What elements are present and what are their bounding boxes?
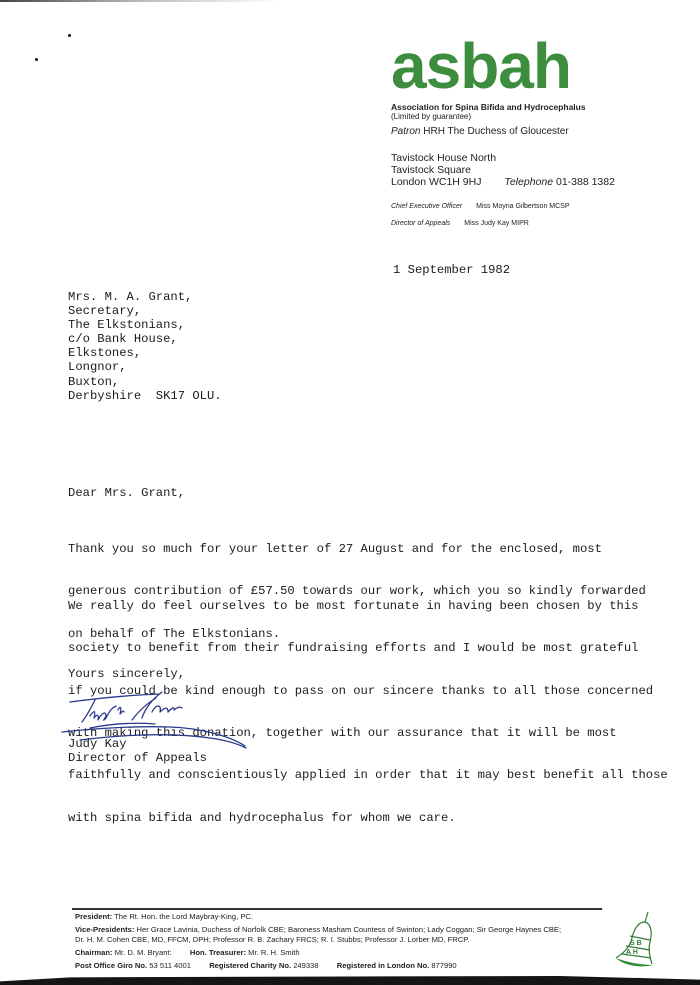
charity-label: Registered Charity No.	[209, 961, 291, 970]
paragraph-line: We really do feel ourselves to be most f…	[68, 599, 668, 613]
president-name: The Rt. Hon. the Lord Maybray-King, PC.	[114, 912, 253, 921]
chairman-label: Chairman:	[75, 948, 113, 957]
address-line: Tavistock House North	[391, 152, 691, 164]
vice-presidents-label: Vice-Presidents:	[75, 925, 134, 934]
recipient-address: Mrs. M. A. Grant, Secretary, The Elkston…	[68, 290, 222, 403]
signer-name: Judy Kay	[68, 737, 207, 751]
paper-speck	[68, 34, 71, 37]
vice-presidents-line: Dr. H. M. Cohen CBE, MD, FFCM, DPH; Prof…	[75, 935, 469, 944]
asbah-logo: asbah	[391, 38, 691, 98]
patron-line: Patron HRH The Duchess of Gloucester	[391, 126, 691, 138]
footer-president: President: The Rt. Hon. the Lord Maybray…	[75, 912, 635, 922]
telephone-label: Telephone	[504, 176, 553, 188]
address-line: Tavistock Square	[391, 164, 691, 176]
footer-registration: Post Office Giro No. 53 511 4001 Registe…	[75, 961, 635, 971]
footer-divider	[72, 908, 602, 910]
paragraph-line: society to benefit from their fundraisin…	[68, 641, 668, 655]
asbah-bell-logo-icon: S B A H	[612, 908, 662, 968]
recipient-line: c/o Bank House,	[68, 332, 222, 346]
recipient-line: Secretary,	[68, 304, 222, 318]
org-subtitle: (Limited by guarantee)	[391, 112, 691, 122]
treasurer-name: Mr. R. H. Smith	[248, 948, 299, 957]
paper-speck	[35, 58, 38, 61]
salutation: Dear Mrs. Grant,	[68, 486, 185, 500]
telephone: Telephone 01-388 1382	[504, 176, 615, 188]
chairman-name: Mr. D. M. Bryant:	[115, 948, 172, 957]
closing: Yours sincerely,	[68, 667, 185, 681]
letterhead: asbah Association for Spina Bifida and H…	[391, 38, 691, 236]
officer-row: Director of Appeals Miss Judy Kay MIPR	[391, 219, 691, 228]
officer-row: Chief Executive Officer Miss Moyna Gilbe…	[391, 202, 691, 211]
footer-vice-presidents-cont: Dr. H. M. Cohen CBE, MD, FFCM, DPH; Prof…	[75, 935, 635, 945]
recipient-line: Buxton,	[68, 375, 222, 389]
officer-role: Director of Appeals	[391, 220, 450, 227]
officers-list: Chief Executive Officer Miss Moyna Gilbe…	[391, 202, 691, 228]
vice-presidents-line: Her Grace Lavinia, Duchess of Norfolk CB…	[137, 925, 562, 934]
officer-name: Miss Judy Kay MIPR	[464, 220, 529, 227]
recipient-line: Derbyshire SK17 OLU.	[68, 389, 222, 403]
telephone-number: 01-388 1382	[556, 176, 615, 188]
footer-chairman-treasurer: Chairman: Mr. D. M. Bryant: Hon. Treasur…	[75, 948, 635, 958]
address-line-with-phone: London WC1H 9HJ Telephone 01-388 1382	[391, 176, 691, 188]
recipient-line: Longnor,	[68, 360, 222, 374]
recipient-line: The Elkstonians,	[68, 318, 222, 332]
patron-label: Patron	[391, 126, 420, 137]
charity-number: 249338	[293, 961, 318, 970]
paragraph-line: with spina bifida and hydrocephalus for …	[68, 811, 668, 825]
giro-number: 53 511 4001	[149, 961, 191, 970]
recipient-line: Elkstones,	[68, 346, 222, 360]
org-address: Tavistock House North Tavistock Square L…	[391, 152, 691, 188]
svg-text:A H: A H	[626, 949, 638, 956]
address-line: London WC1H 9HJ	[391, 176, 481, 188]
signer-block: Judy Kay Director of Appeals	[68, 737, 207, 765]
svg-text:S B: S B	[630, 940, 642, 947]
president-label: President:	[75, 912, 112, 921]
officer-name: Miss Moyna Gilbertson MCSP	[476, 203, 569, 210]
giro-label: Post Office Giro No.	[75, 961, 147, 970]
registered-label: Registered in London No.	[337, 961, 429, 970]
org-name: Association for Spina Bifida and Hydroce…	[391, 102, 691, 112]
patron-name: HRH The Duchess of Gloucester	[423, 126, 568, 137]
page-top-edge	[0, 0, 700, 2]
letter-footer: President: The Rt. Hon. the Lord Maybray…	[75, 912, 635, 971]
signer-title: Director of Appeals	[68, 751, 207, 765]
treasurer-label: Hon. Treasurer:	[190, 948, 246, 957]
paragraph-line: faithfully and conscientiously applied i…	[68, 768, 668, 782]
paragraph-line: Thank you so much for your letter of 27 …	[68, 542, 646, 556]
page-bottom-edge	[0, 976, 700, 985]
recipient-line: Mrs. M. A. Grant,	[68, 290, 222, 304]
footer-vice-presidents: Vice-Presidents: Her Grace Lavinia, Duch…	[75, 925, 635, 935]
letter-date: 1 September 1982	[393, 263, 510, 277]
registered-number: 877990	[431, 961, 456, 970]
officer-role: Chief Executive Officer	[391, 203, 462, 210]
